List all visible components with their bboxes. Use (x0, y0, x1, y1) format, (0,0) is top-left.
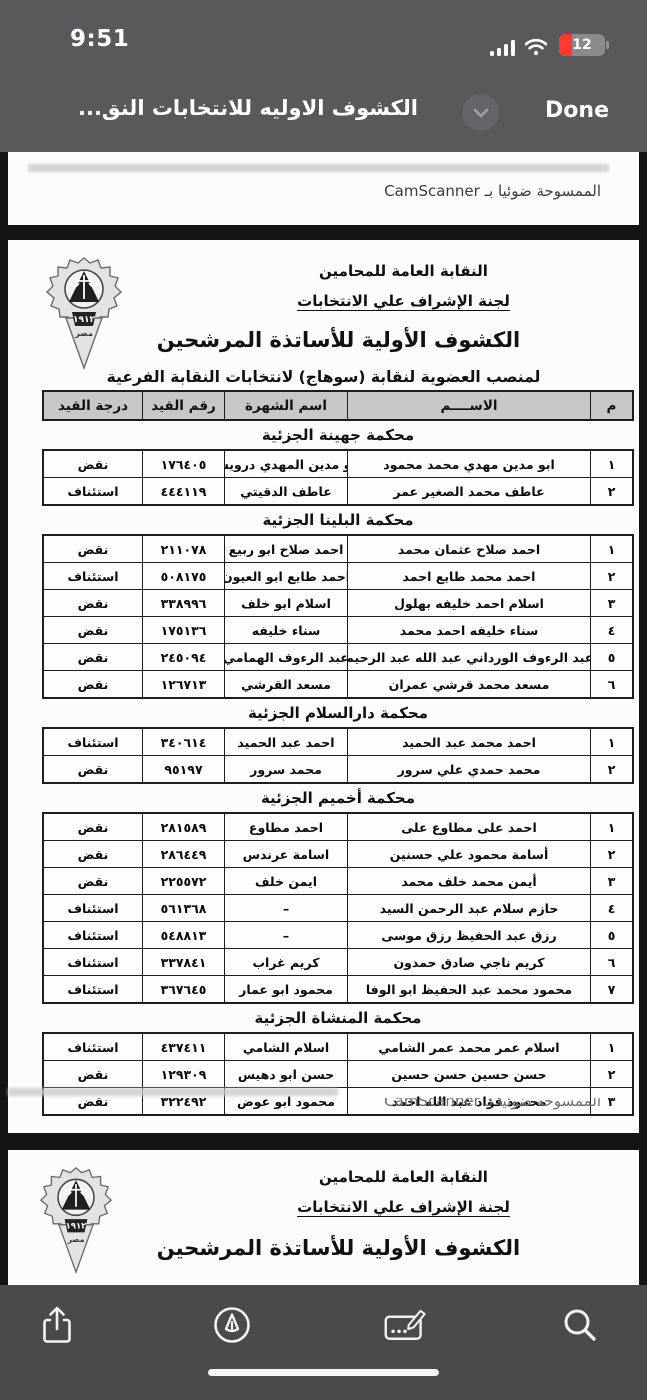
court-section-title: محكمة دارالسلام الجزئية (42, 699, 634, 727)
table-row: ٧محمود محمد عبد الحفيظ ابو الوفامحمود اب… (44, 975, 632, 1002)
cell-reg: ١٢٦٧١٣ (142, 671, 224, 697)
table-row: ٢عاطف محمد الصغير عمرعاطف الدقيتي٤٤٤١١٩ا… (44, 477, 632, 504)
cell-name: اسلام عمر محمد عمر الشامي (347, 1034, 590, 1060)
cell-name: عاطف محمد الصغير عمر (347, 478, 590, 504)
title-menu-button[interactable] (462, 94, 499, 131)
table-header-row: م الاســــم اسم الشهرة رقم القيد درجة ال… (42, 390, 634, 421)
cell-degree: استئناف (44, 729, 142, 755)
cell-alias: احمد صلاح ابو ربيع (224, 536, 347, 562)
cell-no: ١ (590, 536, 632, 562)
cellular-signal-icon (490, 40, 516, 56)
cell-alias: ايمن خلف (224, 868, 347, 894)
cell-alias: اسلام ابو خلف (224, 590, 347, 616)
org-name: النقابة العامة للمحامين (208, 262, 599, 280)
cell-no: ٥ (590, 922, 632, 948)
cell-reg: ١٧٦٤٠٥ (142, 451, 224, 477)
cell-reg: ٢٨١٥٨٩ (142, 814, 224, 840)
cell-alias: محمد سرور (224, 756, 347, 782)
cell-name: كريم ناجي صادق حمدون (347, 949, 590, 975)
cell-no: ٢ (590, 1061, 632, 1087)
home-indicator[interactable] (208, 1369, 439, 1376)
cell-no: ٣ (590, 590, 632, 616)
cell-no: ١ (590, 451, 632, 477)
cell-alias: احمد عبد الحميد (224, 729, 347, 755)
court-sections: محكمة جهينة الجزئية١ابو مدين مهدي محمد م… (42, 421, 634, 1116)
cell-reg: ٥٠٨١٧٥ (142, 563, 224, 589)
cell-alias: عبد الرءوف الهمامي (224, 644, 347, 670)
cell-degree: استئناف (44, 976, 142, 1002)
list-title: الكشوف الأولية للأساتذة المرشحين (118, 328, 559, 352)
cell-name: احمد صلاح عثمان محمد (347, 536, 590, 562)
cell-name: حازم سلام عبد الرحمن السيد (347, 895, 590, 921)
cell-alias: سناء خليفه (224, 617, 347, 643)
cell-alias: كريم غراب (224, 949, 347, 975)
cell-no: ٧ (590, 976, 632, 1002)
cell-name: احمد محمد عبد الحميد (347, 729, 590, 755)
done-button[interactable]: Done (545, 98, 609, 123)
cell-reg: ٢٤٥٠٩٤ (142, 644, 224, 670)
table-row: ٢احمد محمد طايع احمداحمد طايع ابو العيون… (44, 562, 632, 589)
cell-no: ٢ (590, 478, 632, 504)
markup-pen-icon (212, 1305, 252, 1345)
cell-reg: ٥٤٨٨١٣ (142, 922, 224, 948)
cell-degree: نقض (44, 756, 142, 782)
committee-name: لجنة الإشراف علي الانتخابات (208, 1198, 599, 1216)
cell-reg: ٣٣٧٨٤١ (142, 949, 224, 975)
status-icons: 12 (490, 34, 606, 56)
list-title: الكشوف الأولية للأساتذة المرشحين (118, 1236, 559, 1260)
cell-degree: استئناف (44, 478, 142, 504)
cell-degree: استئناف (44, 922, 142, 948)
top-chrome: 9:51 12 الكشوف الاوليه للانتخابات النق..… (0, 0, 647, 152)
cell-degree: استئناف (44, 563, 142, 589)
cell-alias: اسلام الشامي (224, 1034, 347, 1060)
cell-alias: احمد مطاوع (224, 814, 347, 840)
camscanner-watermark: الممسوحة ضوئيا بـ CamScanner (384, 182, 601, 200)
cell-reg: ٣٦٧٦٤٥ (142, 976, 224, 1002)
org-name: النقابة العامة للمحامين (208, 1168, 599, 1186)
table-row: ٣اسلام احمد خليفه بهلولاسلام ابو خلف٣٣٨٩… (44, 589, 632, 616)
cell-alias: مسعد القرشي (224, 671, 347, 697)
cell-reg: ٣٣٨٩٩٦ (142, 590, 224, 616)
cell-alias: عاطف الدقيتي (224, 478, 347, 504)
table-row: ٦مسعد محمد قرشي عمرانمسعد القرشي١٢٦٧١٣نق… (44, 670, 632, 697)
search-icon (562, 1307, 598, 1343)
table-row: ١احمد محمد عبد الحميداحمد عبد الحميد٣٤٠٦… (44, 729, 632, 755)
bar-association-emblem: ١٩١٢ مصر (46, 256, 122, 372)
cell-degree: نقض (44, 536, 142, 562)
cell-degree: نقض (44, 590, 142, 616)
cell-no: ٣ (590, 868, 632, 894)
header-reg: رقم القيد (142, 392, 224, 419)
cell-degree: استئناف (44, 895, 142, 921)
cell-reg: ١٧٥١٣٦ (142, 617, 224, 643)
cell-degree: نقض (44, 451, 142, 477)
court-table: ١احمد محمد عبد الحميداحمد عبد الحميد٣٤٠٦… (42, 727, 634, 784)
battery-icon: 12 (559, 34, 605, 56)
battery-percent: 12 (559, 34, 605, 56)
cell-degree: نقض (44, 1061, 142, 1087)
cell-no: ٦ (590, 671, 632, 697)
table-row: ١اسلام عمر محمد عمر الشامياسلام الشامي٤٣… (44, 1034, 632, 1060)
cell-degree: نقض (44, 617, 142, 643)
signature-icon (383, 1305, 427, 1345)
page-previous-bottom: الممسوحة ضوئيا بـ CamScanner (8, 152, 639, 225)
table-row: ٤حازم سلام عبد الرحمن السيد–٥٦١٣٦٨استئنا… (44, 894, 632, 921)
cell-name: اسلام احمد خليفه بهلول (347, 590, 590, 616)
cell-no: ٢ (590, 756, 632, 782)
wifi-icon (524, 38, 548, 56)
table-row: ٤سناء خليفه احمد محمدسناء خليفه١٧٥١٣٦نقض (44, 616, 632, 643)
share-button[interactable] (35, 1303, 79, 1347)
cell-no: ١ (590, 729, 632, 755)
chevron-down-icon (473, 108, 489, 118)
cell-alias: ابو مدين المهدي درويش (224, 451, 347, 477)
table-row: ٥عبد الرءوف الورداني عبد الله عبد الرحيم… (44, 643, 632, 670)
cell-no: ٢ (590, 841, 632, 867)
cell-reg: ٤٤٤١١٩ (142, 478, 224, 504)
table-row: ١احمد صلاح عثمان محمداحمد صلاح ابو ربيع٢… (44, 536, 632, 562)
cell-name: حسن حسين حسن حسين (347, 1061, 590, 1087)
cell-reg: ٤٣٧٤١١ (142, 1034, 224, 1060)
cell-degree: نقض (44, 868, 142, 894)
cell-degree: استئناف (44, 949, 142, 975)
bottom-toolbar (0, 1285, 647, 1400)
cell-degree: استئناف (44, 1034, 142, 1060)
cell-alias: اسامة عرندس (224, 841, 347, 867)
table-row: ٢أسامة محمود علي حسنيناسامة عرندس٢٨٦٤٤٩ن… (44, 840, 632, 867)
court-table: ١احمد على مطاوع علىاحمد مطاوع٢٨١٥٨٩نقض٢أ… (42, 812, 634, 1004)
sign-button[interactable] (383, 1303, 427, 1347)
court-section-title: محكمة البلينا الجزئية (42, 506, 634, 534)
table-row: ٣أيمن محمد خلف محمدايمن خلف٢٢٥٥٧٢نقض (44, 867, 632, 894)
header-alias: اسم الشهرة (224, 392, 347, 419)
nav-bar: الكشوف الاوليه للانتخابات النق... Done (0, 92, 647, 142)
cell-name: احمد محمد طايع احمد (347, 563, 590, 589)
cell-degree: نقض (44, 644, 142, 670)
cell-name: مسعد محمد قرشي عمران (347, 671, 590, 697)
table-row: ٦كريم ناجي صادق حمدونكريم غراب٣٣٧٨٤١استئ… (44, 948, 632, 975)
committee-name: لجنة الإشراف علي الانتخابات (208, 292, 599, 310)
cell-name: رزق عبد الحفيظ رزق موسى (347, 922, 590, 948)
court-section-title: محكمة جهينة الجزئية (42, 421, 634, 449)
court-section-title: محكمة أخميم الجزئية (42, 784, 634, 812)
page-next-top: ١٩١٢ مصر النقابة العامة للمحامين لجنة ال… (8, 1150, 639, 1285)
cell-alias: – (224, 895, 347, 921)
cell-alias: حسن ابو دهيس (224, 1061, 347, 1087)
cell-name: محمد حمدي علي سرور (347, 756, 590, 782)
cell-no: ١ (590, 814, 632, 840)
cell-reg: ٣٤٠٦١٤ (142, 729, 224, 755)
header-name: الاســــم (347, 392, 590, 419)
cell-no: ٦ (590, 949, 632, 975)
search-button[interactable] (558, 1303, 602, 1347)
svg-text:مصر: مصر (67, 1235, 85, 1244)
bar-association-emblem: ١٩١٢ مصر (40, 1162, 112, 1280)
table-row: ٢محمد حمدي علي سرورمحمد سرور٩٥١٩٧نقض (44, 755, 632, 782)
cell-alias: محمود ابو عمار (224, 976, 347, 1002)
cell-name: أسامة محمود علي حسنين (347, 841, 590, 867)
cell-reg: ٢٨٦٤٤٩ (142, 841, 224, 867)
candidates-table: م الاســــم اسم الشهرة رقم القيد درجة ال… (42, 390, 634, 1116)
cell-alias: – (224, 922, 347, 948)
court-section-title: محكمة المنشاة الجزئية (42, 1004, 634, 1032)
emblem-country: مصر (74, 329, 93, 338)
cell-no: ٤ (590, 617, 632, 643)
table-row: ١احمد على مطاوع علىاحمد مطاوع٢٨١٥٨٩نقض (44, 814, 632, 840)
page-main: ١٩١٢ مصر النقابة العامة للمحامين لجنة ال… (8, 240, 639, 1133)
cell-alias: احمد طايع ابو العيون (224, 563, 347, 589)
table-row: ٥رزق عبد الحفيظ رزق موسى–٥٤٨٨١٣استئناف (44, 921, 632, 948)
cell-name: أيمن محمد خلف محمد (347, 868, 590, 894)
emblem-year: ١٩١٢ (73, 315, 95, 325)
table-row: ٢حسن حسين حسن حسينحسن ابو دهيس١٢٩٣٠٩نقض (44, 1060, 632, 1087)
cell-reg: ١٢٩٣٠٩ (142, 1061, 224, 1087)
cell-name: ابو مدين مهدي محمد محمود (347, 451, 590, 477)
cell-name: محمود محمد عبد الحفيظ ابو الوفا (347, 976, 590, 1002)
table-row: ١ابو مدين مهدي محمد محمودابو مدين المهدي… (44, 451, 632, 477)
cell-degree: نقض (44, 671, 142, 697)
header-number: م (590, 392, 632, 419)
markup-button[interactable] (210, 1303, 254, 1347)
cell-name: احمد على مطاوع على (347, 814, 590, 840)
cell-no: ٢ (590, 563, 632, 589)
cell-no: ٥ (590, 644, 632, 670)
cell-degree: نقض (44, 841, 142, 867)
list-subtitle: لمنصب العضوية لنقابة (سوهاج) لانتخابات ا… (68, 368, 579, 386)
header-degree: درجة القيد (44, 392, 142, 419)
cell-reg: ٥٦١٣٦٨ (142, 895, 224, 921)
svg-text:١٩١٢: ١٩١٢ (66, 1222, 88, 1232)
cell-reg: ٢٢٥٥٧٢ (142, 868, 224, 894)
cell-reg: ٢١١٠٧٨ (142, 536, 224, 562)
cell-reg: ٩٥١٩٧ (142, 756, 224, 782)
share-icon (42, 1306, 72, 1344)
cell-name: سناء خليفه احمد محمد (347, 617, 590, 643)
court-table: ١ابو مدين مهدي محمد محمودابو مدين المهدي… (42, 449, 634, 506)
court-table: ١احمد صلاح عثمان محمداحمد صلاح ابو ربيع٢… (42, 534, 634, 699)
cell-degree: نقض (44, 814, 142, 840)
cell-no: ١ (590, 1034, 632, 1060)
status-time: 9:51 (70, 26, 129, 52)
cell-name: عبد الرءوف الورداني عبد الله عبد الرحيم (347, 644, 590, 670)
cell-no: ٤ (590, 895, 632, 921)
document-title: الكشوف الاوليه للانتخابات النق... (78, 96, 447, 120)
